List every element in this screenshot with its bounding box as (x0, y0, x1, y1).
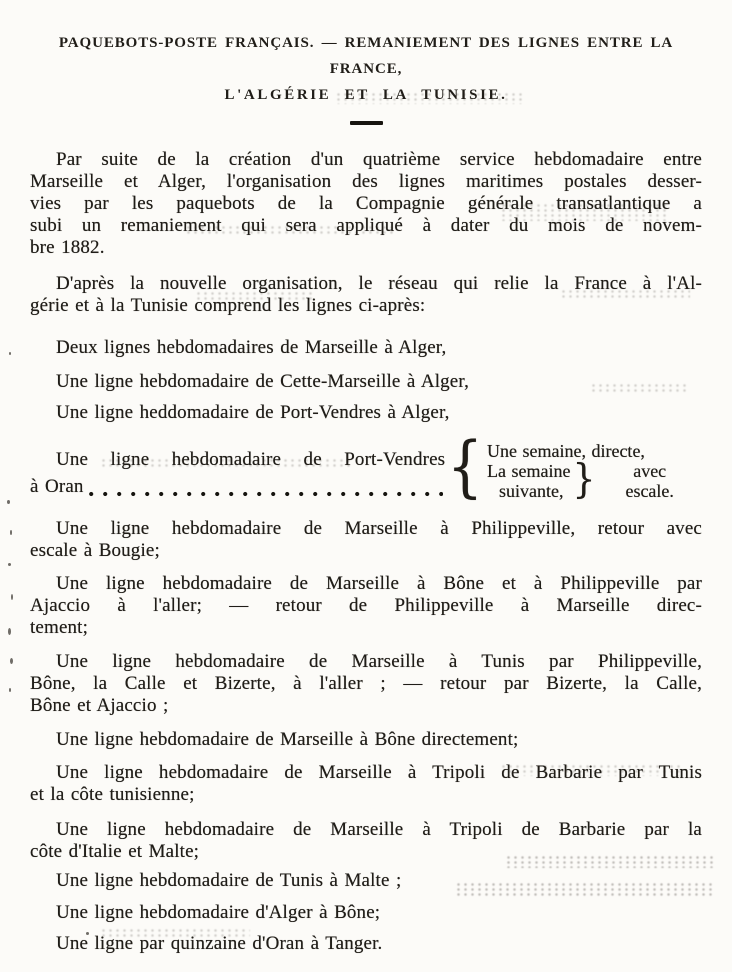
text-line: Une ligne hebdomadaire de Marseille à Bô… (30, 729, 702, 751)
text-line: Une ligne hebdomadaire de Marseille à Tu… (30, 651, 702, 673)
list-item-marseille-philippeville: Une ligne hebdomadaire de Marseille à Ph… (30, 518, 702, 562)
oran-label: à Oran (30, 473, 84, 500)
ink-speck (8, 563, 11, 566)
text-line: Une ligne heddomadaire de Port-Vendres à… (30, 402, 702, 424)
ink-speck (10, 658, 13, 664)
text-line: Deux lignes hebdomadaires de Marseille à… (30, 337, 702, 359)
closing-brace-icon: } (572, 460, 595, 500)
text-line: avec (597, 461, 702, 481)
text-line: escale à Bougie; (30, 540, 702, 562)
brace-subgroup: La semaine suivante, } avec escale. (487, 461, 702, 501)
document-body: Par suite de la création d'un quatrième … (30, 149, 702, 955)
scan-artifact (590, 383, 690, 394)
port-vendres-oran-right: Une semaine, directe, La semaine suivant… (487, 438, 702, 502)
scan-artifact (100, 458, 350, 468)
ink-speck (9, 688, 11, 692)
document-page: PAQUEBOTS-POSTE FRANÇAIS. — REMANIEMENT … (0, 0, 732, 972)
text-line: Une ligne hebdomadaire d'Alger à Bône; (30, 902, 702, 924)
ink-speck (11, 594, 13, 600)
text-line: Une ligne hebdomadaire de Marseille à Ph… (30, 518, 702, 540)
list-item-marseille-bone-direct: Une ligne hebdomadaire de Marseille à Bô… (30, 729, 702, 751)
brace-subgroup-result: avec escale. (597, 461, 702, 501)
port-vendres-oran-left: Une ligne hebdomadaire de Port-Vendres à… (30, 438, 445, 502)
list-item-alger-bone: Une ligne hebdomadaire d'Alger à Bône; (30, 902, 702, 924)
dot-leader (89, 481, 444, 500)
text-line: La semaine (487, 461, 570, 481)
text-line: Ajaccio à l'aller; — retour de Philippev… (30, 595, 702, 617)
ink-speck (9, 352, 11, 355)
text-line: tement; (30, 617, 702, 639)
scan-artifact (500, 203, 670, 221)
scan-artifact (185, 225, 395, 235)
scan-artifact (195, 291, 315, 301)
page-content: PAQUEBOTS-POSTE FRANÇAIS. — REMANIEMENT … (0, 0, 732, 972)
brace-subgroup-names: La semaine suivante, (487, 461, 570, 501)
text-line: Une ligne hebdomadaire de Marseille à Bô… (30, 573, 702, 595)
scan-artifact (500, 764, 680, 776)
ink-speck (7, 500, 10, 504)
text-line: et la côte tunisienne; (30, 784, 702, 806)
opening-brace-icon: { (447, 435, 483, 501)
bleed-through-artifact (455, 882, 715, 896)
text-line: Une ligne hebdomadaire de Marseille à Tr… (30, 819, 702, 841)
text-line: escale. (597, 481, 702, 501)
list-item-port-vendres-oran: Une ligne hebdomadaire de Port-Vendres à… (30, 438, 702, 502)
scan-artifact (335, 92, 525, 104)
list-item-marseille-alger: Deux lignes hebdomadaires de Marseille à… (30, 337, 702, 359)
ink-speck (86, 932, 89, 935)
text-line: suivante, (487, 481, 570, 501)
text-line: Marseille et Alger, l'organisation des l… (30, 171, 702, 193)
scan-artifact (560, 289, 690, 299)
document-title: PAQUEBOTS-POSTE FRANÇAIS. — REMANIEMENT … (30, 30, 702, 125)
bleed-through-artifact (505, 855, 715, 868)
list-item-marseille-bone-philippeville: Une ligne hebdomadaire de Marseille à Bô… (30, 573, 702, 639)
list-item-port-vendres-alger: Une ligne heddomadaire de Port-Vendres à… (30, 402, 702, 424)
text-line: Bône, la Calle et Bizerte, à l'aller ; —… (30, 673, 702, 695)
text-line: à Oran (30, 473, 445, 500)
ink-speck (10, 530, 12, 535)
list-item-marseille-tunis: Une ligne hebdomadaire de Marseille à Tu… (30, 651, 702, 717)
text-line: bre 1882. (30, 237, 702, 259)
text-line: Par suite de la création d'un quatrième … (30, 149, 702, 171)
scan-artifact (100, 928, 250, 938)
title-line-1: PAQUEBOTS-POSTE FRANÇAIS. — REMANIEMENT … (30, 30, 702, 82)
text-line: Bône et Ajaccio ; (30, 695, 702, 717)
ink-speck (8, 628, 11, 635)
title-divider-rule (350, 121, 383, 125)
